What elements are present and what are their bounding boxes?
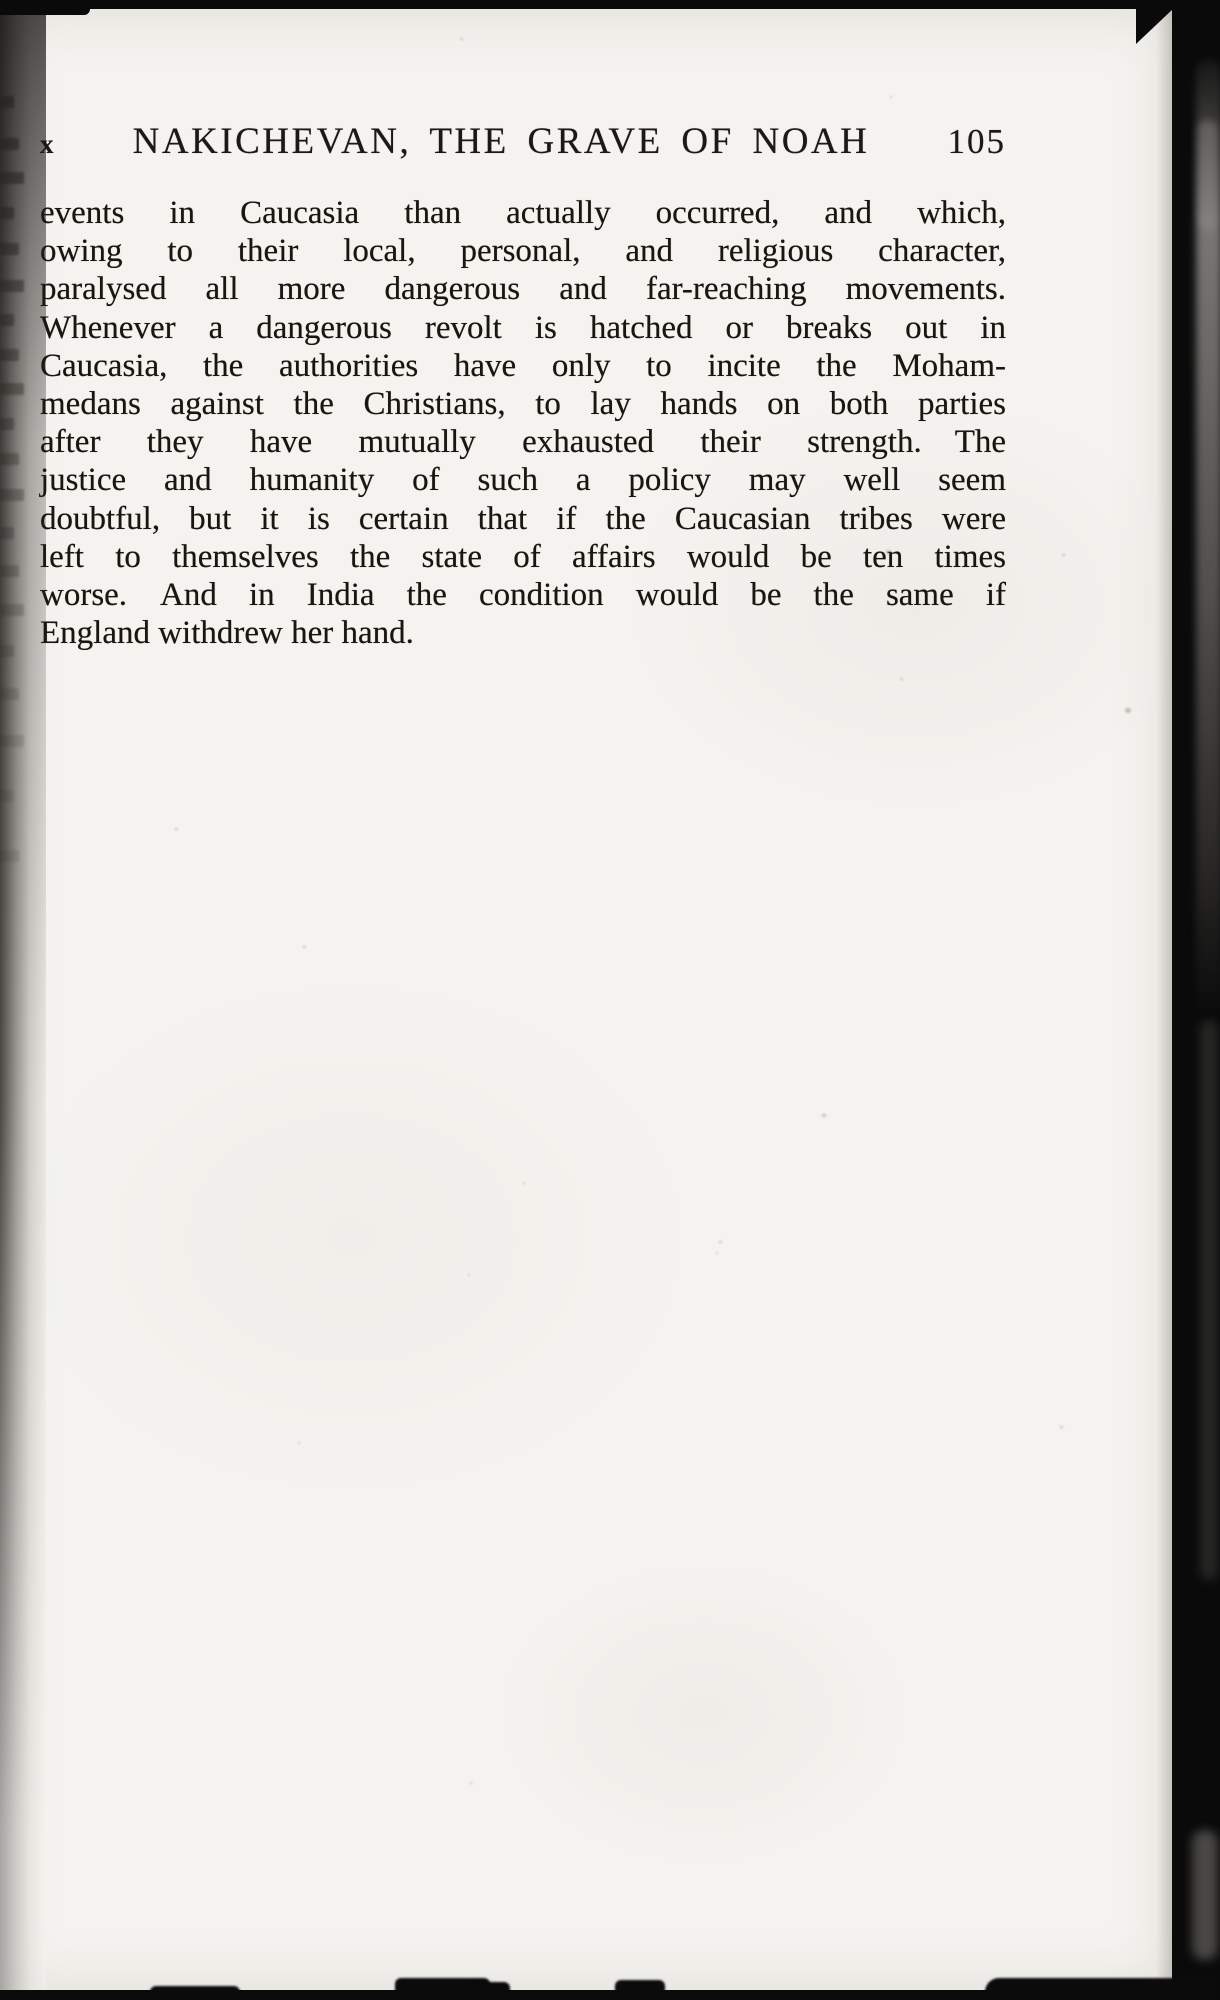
stitch-mark: [0, 418, 14, 430]
paper-speck: [1060, 1426, 1063, 1428]
stitch-mark: [0, 735, 24, 747]
paper-speck: [523, 1182, 525, 1184]
text-line: Whenever a dangerous revolt is hatched o…: [40, 309, 1006, 347]
paper-speck: [1062, 554, 1065, 556]
stitch-mark: [0, 790, 14, 802]
stitch-mark: [0, 138, 19, 150]
text-line: paralysed all more dangerous and far-rea…: [40, 270, 1006, 308]
scan-top-edge-left: [0, 0, 90, 15]
paper-speck: [303, 946, 306, 948]
text-line: England withdrew her hand.: [40, 614, 1006, 652]
paper-speck: [900, 678, 903, 680]
text-line: owing to their local, personal, and reli…: [40, 232, 1006, 270]
stitch-mark: [0, 96, 14, 108]
text-line: justice and humanity of such a policy ma…: [40, 461, 1006, 499]
scanned-book-page: x NAKICHEVAN, THE GRAVE OF NOAH 105 even…: [0, 0, 1220, 2000]
text-line: after they have mutually exhausted their…: [40, 423, 1006, 461]
paper-speck: [470, 1782, 472, 1784]
page-edge-shadow: [1156, 8, 1172, 1992]
paper-speck: [460, 38, 463, 40]
scan-bottom-irregularity: [985, 1978, 1220, 2000]
paper-speck: [120, 366, 122, 368]
stitch-mark: [0, 850, 19, 862]
paper-speck: [719, 1241, 722, 1243]
scan-bottom-irregularity: [615, 1980, 665, 1992]
text-line: left to themselves the state of affairs …: [40, 538, 1006, 576]
paper-speck: [822, 1114, 826, 1117]
stitch-mark: [0, 453, 19, 465]
scan-bottom-irregularity: [470, 1982, 510, 1992]
paper-speck: [716, 1252, 718, 1254]
stitch-mark: [0, 280, 24, 292]
page-edge-streak: [1196, 60, 1220, 1020]
page-number: 105: [947, 122, 1006, 162]
page-edge-streak: [1192, 1830, 1218, 1960]
stitch-mark: [0, 243, 19, 255]
body-text: events in Caucasia than actually occurre…: [40, 194, 1006, 652]
stitch-mark: [0, 565, 19, 577]
stitch-mark: [0, 314, 14, 326]
stitch-mark: [0, 172, 24, 184]
stitch-mark: [0, 489, 24, 501]
paper-speck: [298, 1442, 300, 1444]
paper-speck: [468, 1274, 470, 1276]
paper-speck: [890, 96, 892, 98]
paper-speck: [1125, 708, 1131, 713]
paper-speck: [886, 550, 891, 554]
stitch-mark: [0, 604, 24, 616]
text-line: medans against the Christians, to lay ha…: [40, 385, 1006, 423]
book-fore-edge: [1172, 0, 1220, 2000]
page-title: NAKICHEVAN, THE GRAVE OF NOAH: [133, 120, 870, 163]
chapter-marker: x: [40, 129, 55, 160]
paper-speck: [175, 828, 178, 830]
text-line: events in Caucasia than actually occurre…: [40, 194, 1006, 232]
paper-sheet: x NAKICHEVAN, THE GRAVE OF NOAH 105 even…: [0, 8, 1172, 1992]
stitch-mark: [0, 207, 14, 219]
scan-bottom-irregularity: [150, 1986, 240, 1994]
page-header: x NAKICHEVAN, THE GRAVE OF NOAH 105: [40, 120, 1006, 163]
stitch-mark: [0, 645, 14, 657]
stitch-mark: [0, 383, 24, 395]
text-line: Caucasia, the authorities have only to i…: [40, 347, 1006, 385]
stitch-mark: [0, 527, 14, 539]
stitch-mark: [0, 349, 19, 361]
page-edge-streak: [1200, 1020, 1218, 1580]
stitch-mark: [0, 688, 19, 700]
scan-top-edge: [0, 0, 1220, 9]
text-line: doubtful, but it is certain that if the …: [40, 500, 1006, 538]
text-line: worse. And in India the condition would …: [40, 576, 1006, 614]
